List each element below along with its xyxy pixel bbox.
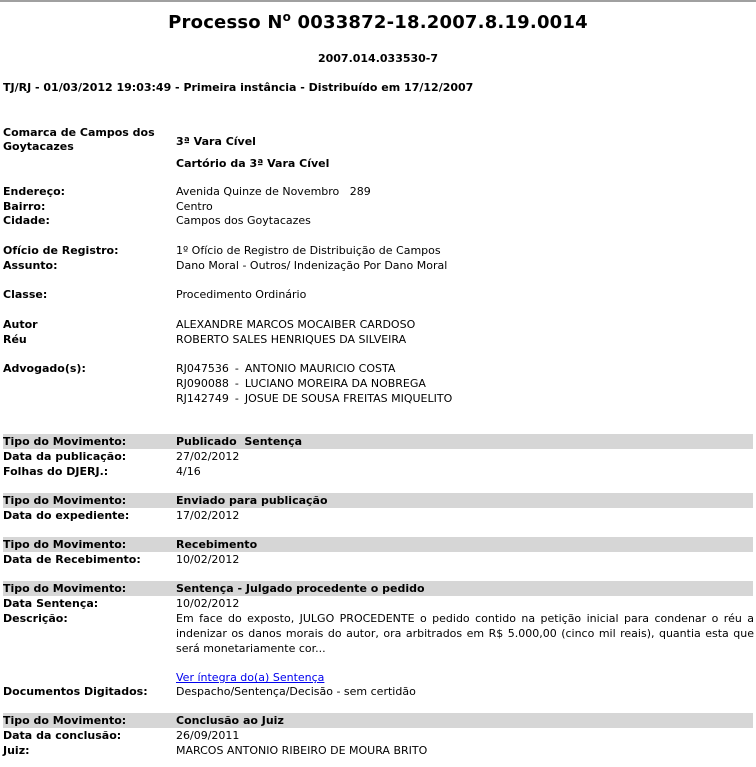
tipo-value: Sentença - Julgado procedente o pedido — [176, 581, 756, 596]
tipo-value: Conclusão ao Juiz — [176, 713, 756, 728]
comarca: Comarca de Campos dos Goytacazes — [3, 126, 163, 154]
movimento-tipo-row: Tipo do Movimento:Sentença - Julgado pro… — [3, 581, 753, 596]
advogado-name: ANTONIO MAURICIO COSTA — [245, 362, 396, 375]
ver-integra-link[interactable]: Ver íntegra do(a) Sentença — [176, 670, 756, 685]
field-value: 27/02/2012 — [176, 449, 756, 464]
tipo-value: Enviado para publicação — [176, 493, 756, 508]
cartorio: Cartório da 3ª Vara Cível — [176, 157, 329, 170]
movimento-field-row: Data da publicação:27/02/2012 — [3, 449, 753, 464]
tipo-label: Tipo do Movimento: — [3, 493, 173, 508]
movimento-tipo-row: Tipo do Movimento:Conclusão ao Juiz — [3, 713, 753, 728]
field-value: Despacho/Sentença/Decisão - sem certidão — [176, 684, 756, 699]
cidade-value: Campos dos Goytacazes — [176, 213, 756, 228]
field-label: Data da publicação: — [3, 449, 173, 464]
page-title: Processo No 0033872-18.2007.8.19.0014 — [0, 10, 756, 33]
movimento-tipo-row: Tipo do Movimento:Recebimento — [3, 537, 753, 552]
oficio-row: Ofício de Registro:1º Ofício de Registro… — [3, 243, 753, 258]
tipo-label: Tipo do Movimento: — [3, 713, 173, 728]
classe-value: Procedimento Ordinário — [176, 287, 756, 302]
advogados-list: RJ047536-ANTONIO MAURICIO COSTA RJ090088… — [176, 361, 452, 406]
tipo-label: Tipo do Movimento: — [3, 581, 173, 596]
info-line: TJ/RJ - 01/03/2012 19:03:49 - Primeira i… — [3, 81, 473, 94]
process-number: 0033872-18.2007.8.19.0014 — [298, 12, 588, 33]
assunto-row: Assunto:Dano Moral - Outros/ Indenização… — [3, 258, 753, 273]
classe-row: Classe:Procedimento Ordinário — [3, 287, 753, 302]
movimento-field-row: Data Sentença:10/02/2012 — [3, 596, 753, 611]
movimento-field-row: Documentos Digitados:Despacho/Sentença/D… — [3, 684, 753, 699]
field-label: Data da conclusão: — [3, 728, 173, 743]
reu-label: Réu — [3, 332, 173, 347]
field-value: 10/02/2012 — [176, 596, 756, 611]
descricao-text: Em face do exposto, JULGO PROCEDENTE o p… — [176, 611, 754, 656]
advogado-name: LUCIANO MOREIRA DA NOBREGA — [245, 377, 426, 390]
cidade-row: Cidade:Campos dos Goytacazes — [3, 213, 753, 228]
field-value: 10/02/2012 — [176, 552, 756, 567]
endereco-label: Endereço: — [3, 184, 173, 199]
link-row: Ver íntegra do(a) Sentença — [3, 670, 753, 685]
old-process-number: 2007.014.033530-7 — [0, 52, 756, 65]
oficio-label: Ofício de Registro: — [3, 243, 173, 258]
assunto-value: Dano Moral - Outros/ Indenização Por Dan… — [176, 258, 756, 273]
tipo-label: Tipo do Movimento: — [3, 537, 173, 552]
advogado-item: RJ142749-JOSUE DE SOUSA FREITAS MIQUELIT… — [176, 391, 452, 406]
oab-number: RJ047536 — [176, 362, 229, 375]
classe-label: Classe: — [3, 287, 173, 302]
advogado-item: RJ047536-ANTONIO MAURICIO COSTA — [176, 361, 452, 376]
bairro-value: Centro — [176, 199, 756, 214]
assunto-label: Assunto: — [3, 258, 173, 273]
vara: 3ª Vara Cível — [176, 135, 256, 148]
movimento-field-row: Folhas do DJERJ.:4/16 — [3, 464, 753, 479]
separator: - — [229, 361, 245, 376]
field-label: Folhas do DJERJ.: — [3, 464, 173, 479]
bairro-label: Bairro: — [3, 199, 173, 214]
movimento-field-row: Juiz:MARCOS ANTONIO RIBEIRO DE MOURA BRI… — [3, 743, 753, 758]
separator: - — [229, 376, 245, 391]
field-label: Data de Recebimento: — [3, 552, 173, 567]
field-value: 17/02/2012 — [176, 508, 756, 523]
field-value: 4/16 — [176, 464, 756, 479]
field-label: Documentos Digitados: — [3, 684, 173, 699]
oab-number: RJ142749 — [176, 392, 229, 405]
reu-row: RéuROBERTO SALES HENRIQUES DA SILVEIRA — [3, 332, 753, 347]
autor-label: Autor — [3, 317, 173, 332]
movimento-tipo-row: Tipo do Movimento:Publicado Sentença — [3, 434, 753, 449]
field-value: MARCOS ANTONIO RIBEIRO DE MOURA BRITO — [176, 743, 756, 758]
advogados-label: Advogado(s): — [3, 361, 173, 376]
tipo-value: Publicado Sentença — [176, 434, 756, 449]
field-label: Juiz: — [3, 743, 173, 758]
title-prefix: Processo N — [168, 12, 282, 33]
movimento-field-row: Data de Recebimento:10/02/2012 — [3, 552, 753, 567]
cidade-label: Cidade: — [3, 213, 173, 228]
endereco-value: Avenida Quinze de Novembro 289 — [176, 184, 756, 199]
field-value: 26/09/2011 — [176, 728, 756, 743]
movimento-field-row: Data da conclusão:26/09/2011 — [3, 728, 753, 743]
autor-value: ALEXANDRE MARCOS MOCAIBER CARDOSO — [176, 317, 756, 332]
tipo-value: Recebimento — [176, 537, 756, 552]
field-label: Descrição: — [3, 611, 173, 626]
oab-number: RJ090088 — [176, 377, 229, 390]
movimento-field-row: Data do expediente:17/02/2012 — [3, 508, 753, 523]
tipo-label: Tipo do Movimento: — [3, 434, 173, 449]
field-label: Data do expediente: — [3, 508, 173, 523]
endereco-row: Endereço:Avenida Quinze de Novembro 289 — [3, 184, 753, 199]
autor-row: AutorALEXANDRE MARCOS MOCAIBER CARDOSO — [3, 317, 753, 332]
movimento-tipo-row: Tipo do Movimento:Enviado para publicaçã… — [3, 493, 753, 508]
oficio-value: 1º Ofício de Registro de Distribuição de… — [176, 243, 756, 258]
separator: - — [229, 391, 245, 406]
advogado-item: RJ090088-LUCIANO MOREIRA DA NOBREGA — [176, 376, 452, 391]
field-label: Data Sentença: — [3, 596, 173, 611]
reu-value: ROBERTO SALES HENRIQUES DA SILVEIRA — [176, 332, 756, 347]
advogado-name: JOSUE DE SOUSA FREITAS MIQUELITO — [245, 392, 452, 405]
title-sup: o — [283, 10, 291, 24]
bairro-row: Bairro:Centro — [3, 199, 753, 214]
